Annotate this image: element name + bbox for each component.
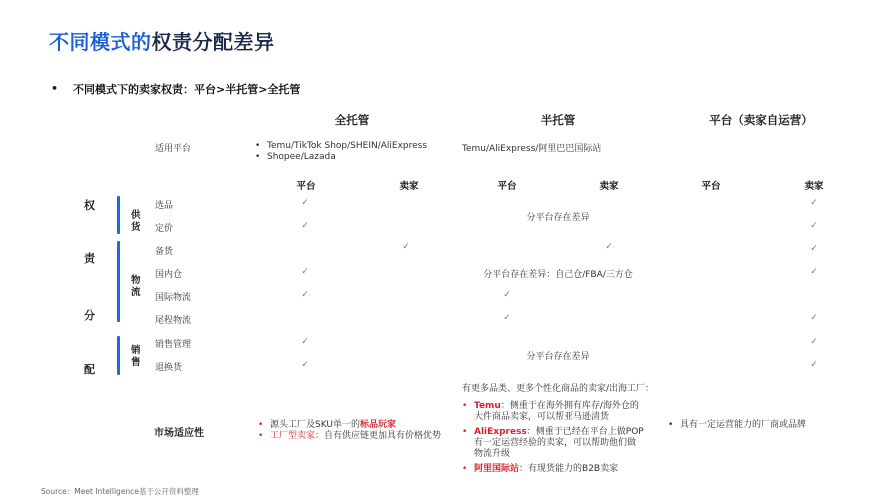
row-label: 国际物流 [155, 290, 191, 303]
market-platform-list: 具有一定运营能力的厂商或品牌 [668, 420, 806, 431]
platforms-row-label: 适用平台 [155, 141, 191, 154]
subhead-semi-platform: 平台 [497, 178, 516, 192]
check-icon: ✓ [810, 337, 818, 347]
market-row-label: 市场适应性 [154, 424, 204, 439]
market-platform-item: 具有一定运营能力的厂商或品牌 [668, 420, 806, 431]
side-label-char: 责 [84, 250, 95, 266]
highlight-text: AliExpress [474, 427, 527, 437]
group-bar-logistics [117, 241, 120, 322]
side-label-char: 配 [84, 361, 95, 377]
title-dark-part: 权责分配差异 [152, 30, 275, 54]
check-icon: ✓ [810, 360, 818, 370]
row-label: 退换货 [155, 360, 182, 373]
merged-note-sales: 分平台存在差异 [526, 349, 589, 362]
group-label-supply: 供货 [131, 210, 143, 234]
market-semi-item: Temu：侧重于在海外拥有库存/海外仓的大件商品卖家，可以帮亚马逊清货 [462, 401, 644, 423]
highlight-text: 工厂型卖家 [270, 431, 315, 441]
page-title: 不同模式的权责分配差异 [49, 26, 275, 55]
market-semi-list: Temu：侧重于在海外拥有库存/海外仓的大件商品卖家，可以帮亚马逊清货 AliE… [462, 401, 644, 475]
highlight-text: 阿里国际站 [474, 464, 519, 474]
market-semi-item: 阿里国际站：有现货能力的B2B卖家 [462, 464, 644, 475]
subhead-full-platform: 平台 [296, 178, 315, 192]
row-label: 销售管理 [155, 337, 191, 350]
merged-note-supply: 分平台存在差异 [526, 210, 589, 223]
highlight-text: 标品玩家 [360, 420, 396, 430]
check-icon: ✓ [810, 313, 818, 323]
col-header-full-managed: 全托管 [335, 112, 370, 128]
check-icon: ✓ [605, 242, 613, 252]
check-icon: ✓ [503, 290, 511, 300]
subtitle-bullet: • [51, 82, 58, 95]
text: ：自有供应链更加具有价格优势 [315, 431, 441, 441]
row-label: 国内仓 [155, 267, 182, 280]
group-bar-supply [117, 196, 120, 234]
group-label-logistics: 物流 [131, 275, 143, 299]
check-icon: ✓ [810, 244, 818, 254]
group-label-sales: 销售 [131, 345, 143, 369]
merged-note-warehouse: 分平台存在差异：自己仓/FBA/三方仓 [483, 267, 633, 280]
check-icon: ✓ [810, 198, 818, 208]
col-header-semi-managed: 半托管 [541, 112, 576, 128]
platforms-semi: Temu/AliExpress/阿里巴巴国际站 [462, 141, 601, 154]
col-header-platform: 平台（卖家自运营） [709, 112, 813, 128]
source-note: Source：Meet Intelligence基于公开资料整理 [41, 486, 199, 497]
text: 源头工厂及SKU单一的 [270, 420, 360, 430]
row-label: 尾程物流 [155, 313, 191, 326]
market-semi-item: AliExpress：侧重于已经在平台上做POP有一定运营经验的卖家，可以帮助他… [462, 427, 644, 460]
check-icon: ✓ [402, 242, 410, 252]
check-icon: ✓ [301, 337, 309, 347]
check-icon: ✓ [810, 267, 818, 277]
highlight-text: Temu [474, 401, 501, 411]
market-full-item: 源头工厂及SKU单一的标品玩家 [258, 420, 441, 431]
market-full-list: 源头工厂及SKU单一的标品玩家 工厂型卖家：自有供应链更加具有价格优势 [258, 420, 441, 442]
row-label: 备货 [155, 244, 173, 257]
subhead-plat-seller: 卖家 [804, 178, 823, 192]
market-full-item: 工厂型卖家：自有供应链更加具有价格优势 [258, 431, 441, 442]
check-icon: ✓ [301, 267, 309, 277]
platforms-full-item: Shopee/Lazada [255, 152, 427, 163]
market-semi-intro: 有更多品类、更多个性化商品的卖家/出海工厂： [462, 381, 654, 394]
row-label: 定价 [155, 221, 173, 234]
group-bar-sales [117, 336, 120, 375]
platforms-full-list: Temu/TikTok Shop/SHEIN/AliExpress Shopee… [255, 141, 427, 163]
subhead-semi-seller: 卖家 [599, 178, 618, 192]
row-label: 选品 [155, 198, 173, 211]
check-icon: ✓ [301, 198, 309, 208]
text: ：有现货能力的B2B卖家 [519, 464, 618, 474]
check-icon: ✓ [301, 221, 309, 231]
check-icon: ✓ [503, 313, 511, 323]
side-label-char: 权 [84, 197, 95, 213]
platforms-full-item: Temu/TikTok Shop/SHEIN/AliExpress [255, 141, 427, 152]
check-icon: ✓ [301, 360, 309, 370]
subhead-plat-platform: 平台 [701, 178, 720, 192]
check-icon: ✓ [301, 290, 309, 300]
check-icon: ✓ [810, 221, 818, 231]
title-blue-part: 不同模式的 [49, 30, 152, 54]
subtitle: 不同模式下的卖家权责：平台>半托管>全托管 [73, 81, 300, 97]
side-label-char: 分 [84, 307, 95, 323]
subhead-full-seller: 卖家 [399, 178, 418, 192]
